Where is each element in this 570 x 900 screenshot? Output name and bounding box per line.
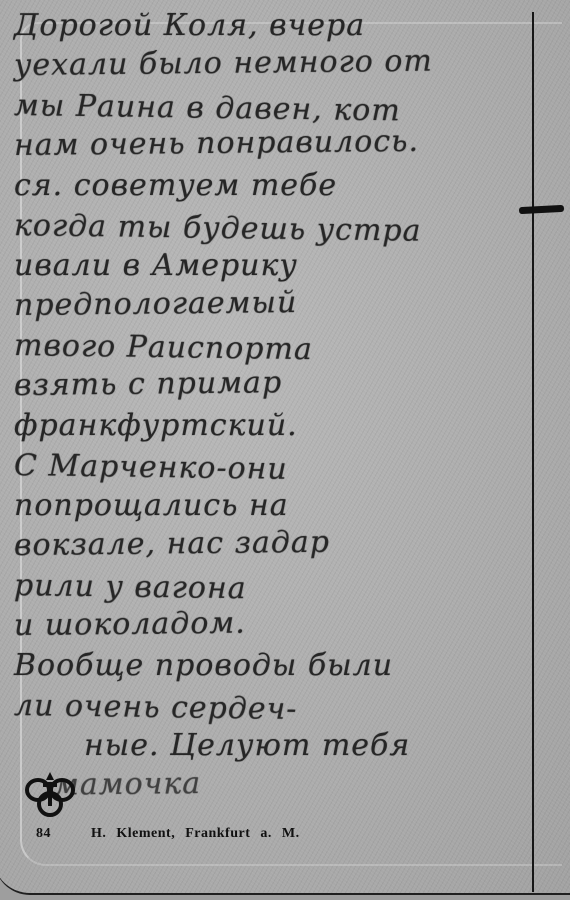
handwritten-line: франкфуртский. [14,406,534,446]
handwritten-line: Вообще проводы были [14,646,534,686]
handwritten-line: ные. Целуют тебя [14,726,534,766]
handwritten-line: вокзале, нас задар [14,521,534,566]
handwritten-message: Дорогой Коля, вчера уехали было немного … [14,6,534,806]
handwritten-line: предпологаемый [14,281,534,326]
handwritten-line: уехали было немного от [14,41,534,86]
publisher-name: H. Klement, Frankfurt a. M. [91,826,300,841]
handwritten-line: попрощались на [14,486,534,526]
postcard: Дорогой Коля, вчера уехали было немного … [0,0,570,895]
handwritten-line: взять с примар [14,361,534,406]
card-number: 84 [36,826,51,841]
handwritten-line: и шоколадом. [14,601,534,646]
publisher-imprint: 84 H. Klement, Frankfurt a. M. [36,826,300,842]
publisher-emblem-icon [24,768,76,820]
handwritten-line: ивали в Америку [14,246,534,286]
handwritten-line: Дорогой Коля, вчера [14,6,534,46]
handwritten-line: ся. советуем тебе [14,166,534,206]
handwritten-line: нам очень понравилось. [14,121,534,166]
handwritten-line: мамочка [14,761,534,806]
